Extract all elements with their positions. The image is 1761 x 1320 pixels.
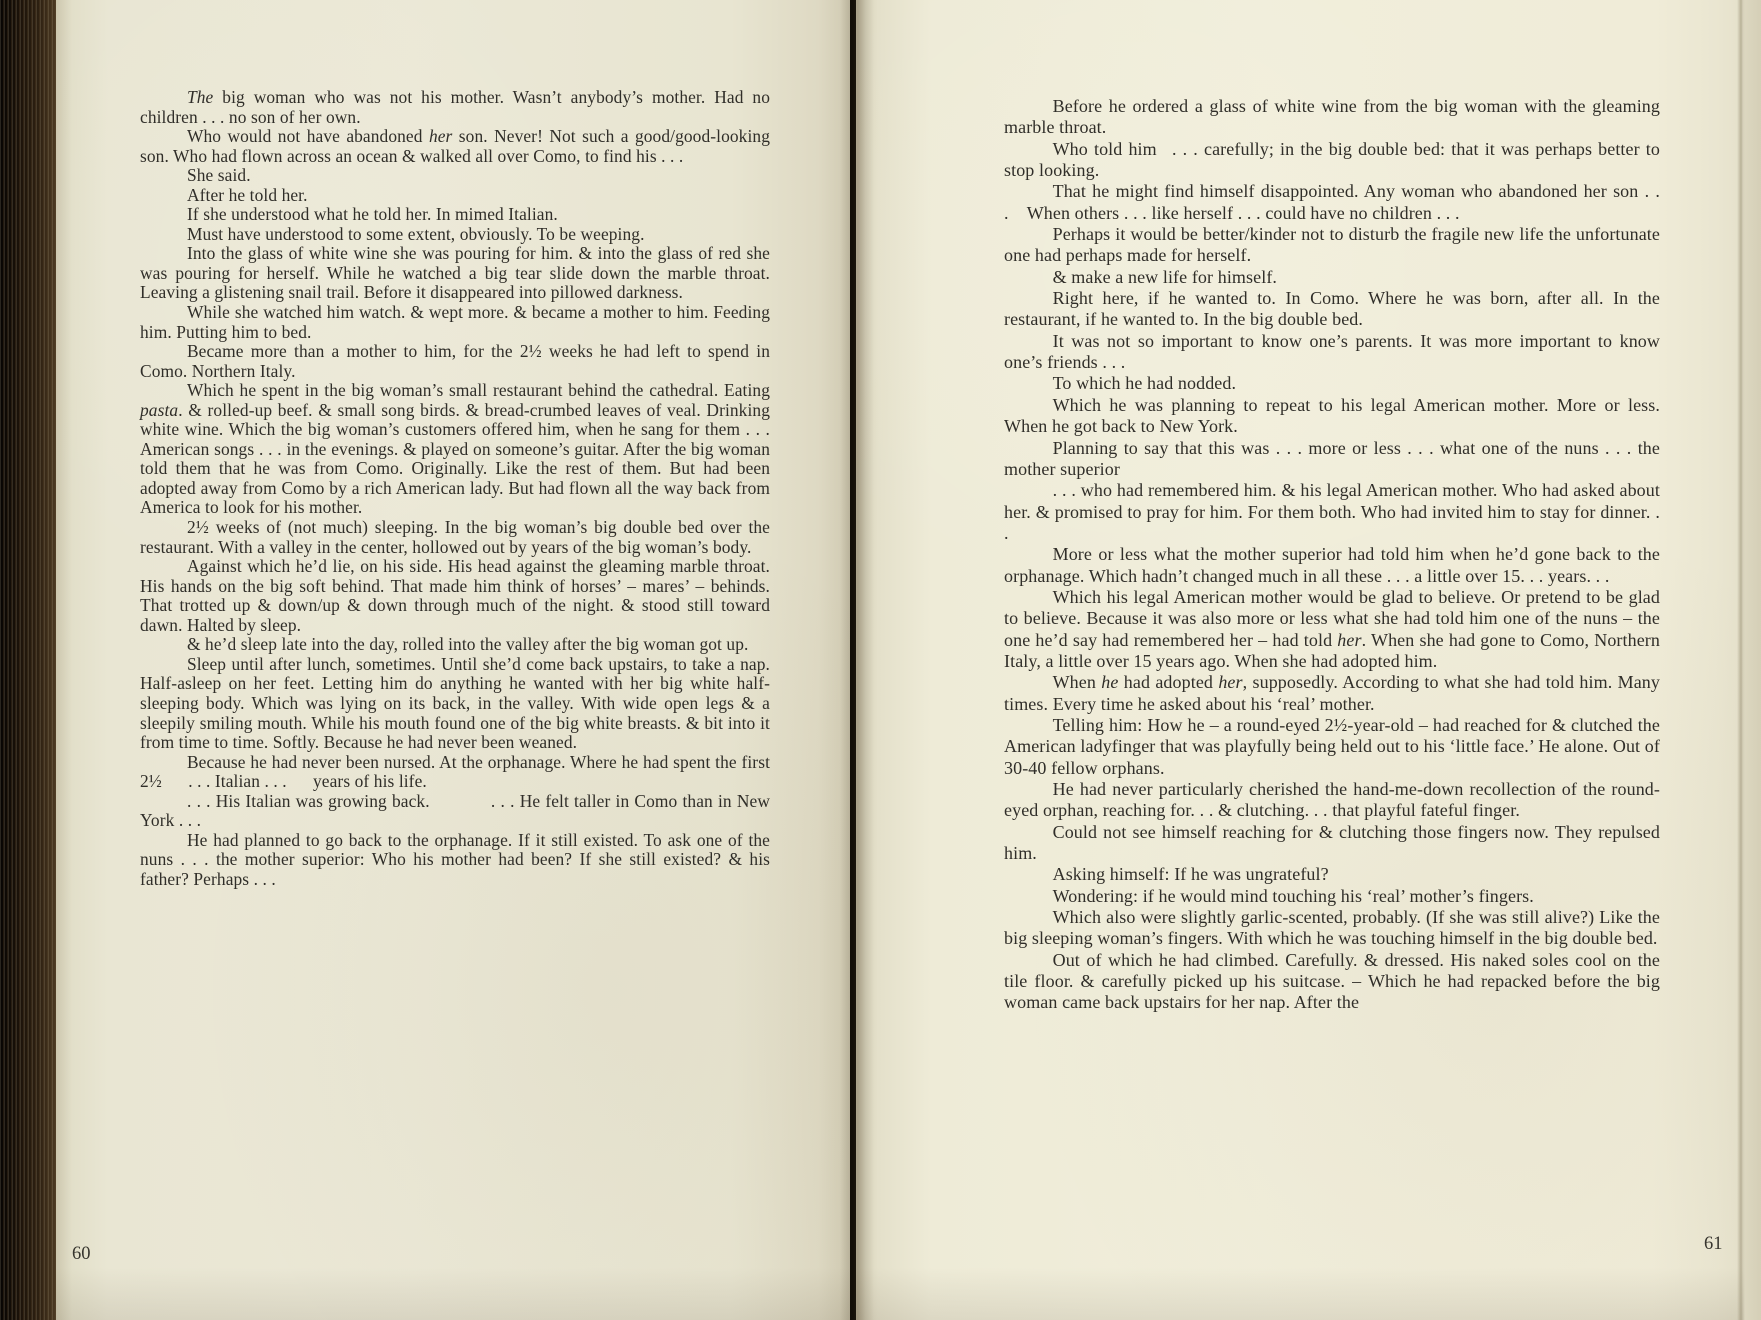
paragraph: Who told him . . . carefully; in the big… [1004,139,1660,182]
paragraph: She said. [140,166,770,186]
paragraph: Asking himself: If he was ungrateful? [1004,864,1660,885]
paragraph: Wondering: if he would mind touching his… [1004,886,1660,907]
scanned-book-spread: { "left_page": { "page_number": "60", "p… [0,0,1761,1320]
paragraph: If she understood what he told her. In m… [140,205,770,225]
paragraph: After he told her. [140,186,770,206]
paragraph: Who would not have abandoned her son. Ne… [140,127,770,166]
paragraph: Which he was planning to repeat to his l… [1004,395,1660,438]
paragraph: Planning to say that this was . . . more… [1004,438,1660,481]
paragraph: Which his legal American mother would be… [1004,587,1660,672]
right-page: Before he ordered a glass of white wine … [856,0,1761,1320]
right-page-number: 61 [1704,1234,1723,1255]
paragraph: The big woman who was not his mother. Wa… [140,88,770,127]
book-spread: The big woman who was not his mother. Wa… [0,0,1761,1320]
left-page-number: 60 [72,1244,91,1265]
paragraph: He had planned to go back to the orphana… [140,831,770,890]
paragraph: It was not so important to know one’s pa… [1004,331,1660,374]
paragraph: Sleep until after lunch, sometimes. Unti… [140,655,770,753]
paragraph: To which he had nodded. [1004,373,1660,394]
paragraph: Telling him: How he – a round-eyed 2½-ye… [1004,715,1660,779]
paragraph: That he might find himself disappointed.… [1004,181,1660,224]
left-page-text: The big woman who was not his mother. Wa… [140,88,770,889]
paragraph: . . . His Italian was growing back. . . … [140,792,770,831]
paragraph: Right here, if he wanted to. In Como. Wh… [1004,288,1660,331]
paragraph: & make a new life for himself. [1004,267,1660,288]
paragraph: Which he spent in the big woman’s small … [140,381,770,518]
paragraph: More or less what the mother superior ha… [1004,544,1660,587]
paragraph: Out of which he had climbed. Carefully. … [1004,950,1660,1014]
paragraph: Could not see himself reaching for & clu… [1004,822,1660,865]
paragraph: Which also were slightly garlic-scented,… [1004,907,1660,950]
paragraph: While she watched him watch. & wept more… [140,303,770,342]
paragraph: Must have understood to some extent, obv… [140,225,770,245]
right-page-text: Before he ordered a glass of white wine … [1004,96,1660,1014]
paragraph: 2½ weeks of (not much) sleeping. In the … [140,518,770,557]
paragraph: Against which he’d lie, on his side. His… [140,557,770,635]
paragraph: . . . who had remembered him. & his lega… [1004,480,1660,544]
paragraph: Because he had never been nursed. At the… [140,753,770,792]
paragraph: Before he ordered a glass of white wine … [1004,96,1660,139]
left-page: The big woman who was not his mother. Wa… [56,0,850,1320]
paragraph: When he had adopted her, supposedly. Acc… [1004,672,1660,715]
right-page-edge [1737,0,1761,1320]
paragraph: He had never particularly cherished the … [1004,779,1660,822]
paragraph: Into the glass of white wine she was pou… [140,244,770,303]
paragraph: Perhaps it would be better/kinder not to… [1004,224,1660,267]
paragraph: & he’d sleep late into the day, rolled i… [140,635,770,655]
paragraph: Became more than a mother to him, for th… [140,342,770,381]
page-stack-edge [0,0,56,1320]
